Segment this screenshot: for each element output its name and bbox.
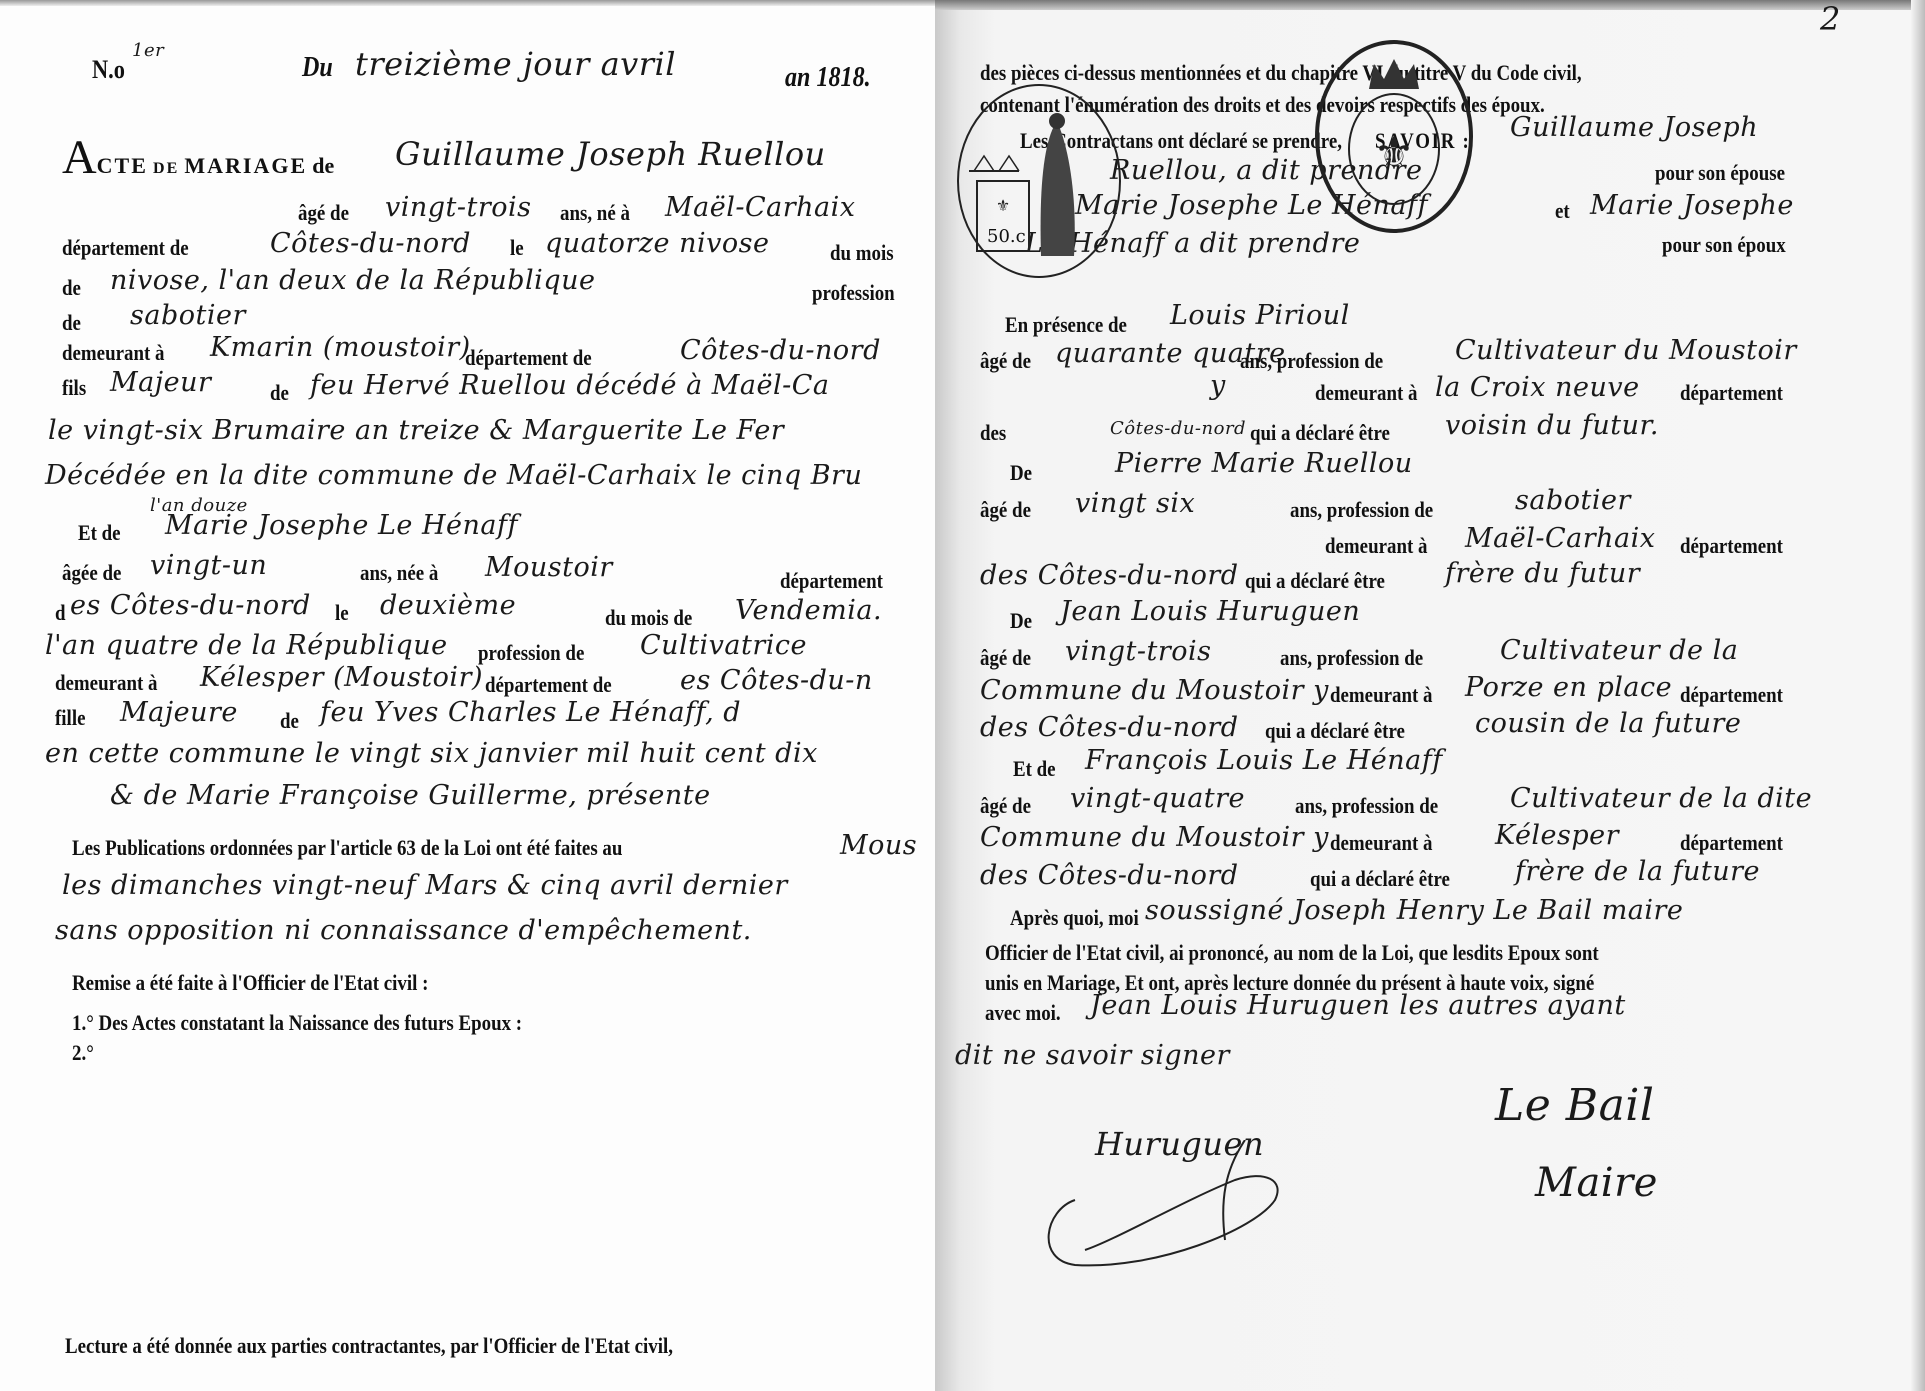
witness-1-profession: Cultivateur du Moustoir xyxy=(1455,335,1797,366)
witness-4-profession: Cultivateur de la dite xyxy=(1510,783,1812,814)
witness-3-residence: Porze en place xyxy=(1465,672,1672,703)
witness-4-relation: frère de la future xyxy=(1515,856,1760,887)
bride-residence-dept: es Côtes-du-n xyxy=(680,665,873,696)
bride-profession: Cultivatrice xyxy=(640,630,807,661)
signature-flourish-icon xyxy=(1035,1140,1295,1280)
groom-status: Majeur xyxy=(110,367,211,398)
publications-dates: les dimanches vingt-neuf Mars & cinq avr… xyxy=(62,870,788,901)
witness-2-age: vingt six xyxy=(1075,488,1195,519)
groom-birth-month-year: nivose, l'an deux de la République xyxy=(110,265,595,296)
witness-1-relation: voisin du futur. xyxy=(1445,410,1659,441)
witness-4-age: vingt-quatre xyxy=(1070,783,1245,814)
groom-father: feu Hervé Ruellou décédé à Maël-Ca xyxy=(310,370,830,401)
page-number: 2 xyxy=(1820,0,1841,38)
lecture-text: Lecture a été donnée aux parties contrac… xyxy=(65,1333,673,1359)
royal-stamp-icon: ⚜ xyxy=(1315,40,1473,233)
date-prefix: Du xyxy=(302,52,333,84)
witness-2-relation: frère du futur xyxy=(1445,558,1640,589)
groom-dept: Côtes-du-nord xyxy=(270,228,471,259)
groom-residence: Kmarin (moustoir) xyxy=(210,332,471,363)
bride-residence: Kélesper (Moustoir) xyxy=(200,662,483,693)
remise-item-2: 2.° xyxy=(72,1040,94,1066)
witness-3-name: Jean Louis Huruguen xyxy=(1060,596,1360,627)
groom-age: vingt-trois xyxy=(385,192,532,223)
act-number-value: 1er xyxy=(132,40,164,61)
bride-father-death: en cette commune le vingt six janvier mi… xyxy=(45,738,818,769)
bride-birth-year: l'an quatre de la République xyxy=(45,630,448,661)
act-number-label: N.o xyxy=(92,55,125,85)
groom-residence-dept: Côtes-du-nord xyxy=(680,335,881,366)
witness-1-dept: Côtes-du-nord xyxy=(1110,418,1246,439)
svg-text:⚜: ⚜ xyxy=(1373,126,1414,180)
witness-3-relation: cousin de la future xyxy=(1475,708,1741,739)
witness-4-residence: Kélesper xyxy=(1495,820,1619,851)
bride-status: Majeure xyxy=(120,697,238,728)
witness-4-name: François Louis Le Hénaff xyxy=(1085,745,1443,776)
groom-mother-death: Décédée en la dite commune de Maël-Carha… xyxy=(45,460,862,491)
witness-3-age: vingt-trois xyxy=(1065,636,1212,667)
code-civil-line: des pièces ci-dessus mentionnées et du c… xyxy=(980,60,1582,86)
date-handwritten: treizième jour avril xyxy=(355,45,676,83)
tax-stamp-value: 50.c xyxy=(987,226,1026,247)
year: an 1818. xyxy=(785,62,871,94)
groom-profession: sabotier xyxy=(130,300,246,331)
publications-place: Mous xyxy=(840,830,917,861)
witness-4-dept: des Côtes-du-nord xyxy=(980,860,1239,891)
signature-le-bail: Le Bail xyxy=(1495,1080,1654,1131)
officer-name: soussigné Joseph Henry Le Bail maire xyxy=(1145,895,1683,926)
bride-father: feu Yves Charles Le Hénaff, d xyxy=(320,697,741,728)
witness-2-name: Pierre Marie Ruellou xyxy=(1115,448,1413,479)
groom-name: Guillaume Joseph Ruellou xyxy=(395,135,826,173)
bride-birthplace: Moustoir xyxy=(485,552,613,583)
remise-text: Remise a été faite à l'Officier de l'Eta… xyxy=(72,970,428,996)
witness-1-name: Louis Pirioul xyxy=(1170,300,1350,331)
bride-age: vingt-un xyxy=(150,550,267,581)
act-title: ACTE DE MARIAGE de xyxy=(62,130,334,185)
svg-text:⚜: ⚜ xyxy=(996,196,1010,215)
bride-mother: & de Marie Françoise Guillerme, présente xyxy=(110,780,711,811)
witness-1-residence: la Croix neuve xyxy=(1435,372,1640,403)
groom-father-death: le vingt-six Brumaire an treize & Margue… xyxy=(48,415,784,446)
groom-birth-day: quatorze nivose xyxy=(545,228,769,259)
bride-birth-month: Vendemia. xyxy=(735,595,882,626)
bride-birth-day: deuxième xyxy=(380,590,516,621)
bride-name: Marie Josephe Le Hénaff xyxy=(165,510,518,541)
left-page: N.o 1er Du treizième jour avril an 1818.… xyxy=(0,0,935,1391)
publications-note: sans opposition ni connaissance d'empêch… xyxy=(55,915,752,946)
bride-dept: es Côtes-du-nord xyxy=(70,590,311,621)
witness-2-dept: des Côtes-du-nord xyxy=(980,560,1239,591)
remise-item-1: 1.° Des Actes constatant la Naissance de… xyxy=(72,1010,522,1036)
tax-stamp-icon: ⚜ 50.c xyxy=(957,84,1121,278)
witness-2-residence: Maël-Carhaix xyxy=(1465,523,1656,554)
title-initial: A xyxy=(62,131,97,184)
witness-3-profession: Cultivateur de la xyxy=(1500,635,1738,666)
witness-2-profession: sabotier xyxy=(1515,485,1631,516)
groom-birthplace: Maël-Carhaix xyxy=(665,192,856,223)
signers-note-2: dit ne savoir signer xyxy=(955,1040,1230,1071)
groom-declaration: Guillaume Joseph xyxy=(1510,112,1758,143)
signers-note: Jean Louis Huruguen les autres ayant xyxy=(1090,990,1626,1021)
publications-text: Les Publications ordonnées par l'article… xyxy=(72,835,622,861)
signature-maire: Maire xyxy=(1535,1160,1658,1206)
witness-3-dept: des Côtes-du-nord xyxy=(980,712,1239,743)
